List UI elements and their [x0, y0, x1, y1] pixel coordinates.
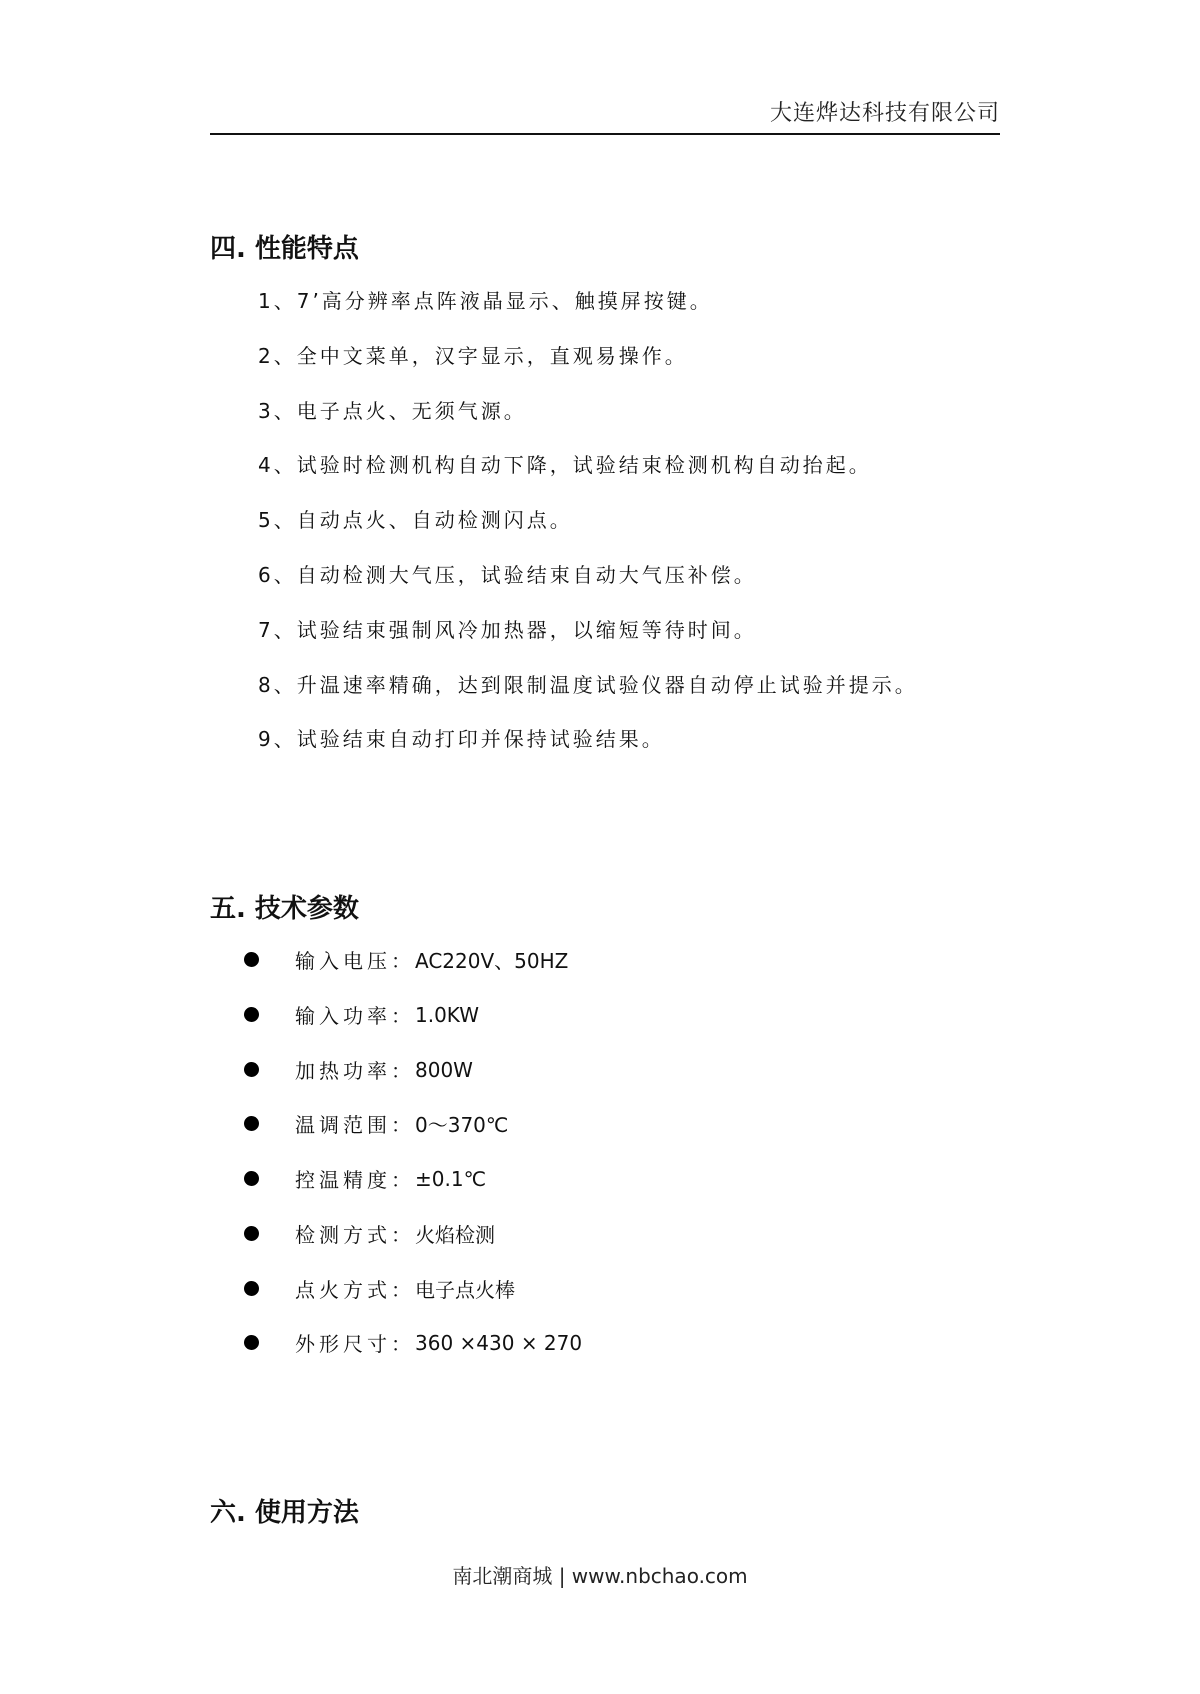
footer-site-link[interactable]: 南北潮商城 | www.nbchao.com — [0, 1560, 1200, 1589]
spec-label: 加热功率： — [295, 1055, 415, 1084]
company-name: 大连烨达科技有限公司 — [770, 96, 1000, 127]
spec-value: 火焰检测 — [415, 1219, 495, 1248]
section-title-usage: 六. 使用方法 — [210, 1492, 359, 1529]
spec-value: 800W — [415, 1058, 473, 1082]
spec-value: ±0.1℃ — [415, 1167, 486, 1191]
feature-item: 5、自动点火、自动检测闪点。 — [258, 504, 573, 533]
section-title-specs: 五. 技术参数 — [210, 888, 359, 925]
bullet-icon — [244, 1335, 259, 1350]
spec-item: 外形尺寸： 360 ×430 × 270 — [244, 1328, 582, 1357]
spec-item: 点火方式： 电子点火棒 — [244, 1274, 515, 1303]
feature-item: 4、试验时检测机构自动下降，试验结束检测机构自动抬起。 — [258, 449, 872, 478]
spec-label: 点火方式： — [295, 1274, 415, 1303]
spec-value: AC220V、50HZ — [415, 945, 568, 974]
spec-item: 加热功率： 800W — [244, 1055, 473, 1084]
feature-item: 9、试验结束自动打印并保持试验结果。 — [258, 723, 665, 752]
header-divider — [210, 133, 1000, 135]
bullet-icon — [244, 1171, 259, 1186]
bullet-icon — [244, 1116, 259, 1131]
spec-item: 输入电压： AC220V、50HZ — [244, 945, 568, 974]
bullet-icon — [244, 1007, 259, 1022]
feature-item: 3、电子点火、无须气源。 — [258, 395, 527, 424]
feature-item: 7、试验结束强制风冷加热器，以缩短等待时间。 — [258, 614, 757, 643]
feature-item: 6、自动检测大气压，试验结束自动大气压补偿。 — [258, 559, 757, 588]
spec-label: 温调范围： — [295, 1109, 415, 1138]
spec-label: 检测方式： — [295, 1219, 415, 1248]
spec-label: 外形尺寸： — [295, 1328, 415, 1357]
bullet-icon — [244, 1281, 259, 1296]
bullet-icon — [244, 1226, 259, 1241]
bullet-icon — [244, 952, 259, 967]
spec-label: 输入功率： — [295, 1000, 415, 1029]
spec-value: 0～370℃ — [415, 1109, 508, 1138]
section-title-features: 四. 性能特点 — [210, 228, 359, 265]
spec-item: 输入功率： 1.0KW — [244, 1000, 479, 1029]
spec-value: 1.0KW — [415, 1003, 479, 1027]
feature-item: 8、升温速率精确，达到限制温度试验仪器自动停止试验并提示。 — [258, 669, 918, 698]
spec-value: 电子点火棒 — [415, 1274, 515, 1303]
spec-item: 检测方式： 火焰检测 — [244, 1219, 495, 1248]
spec-label: 控温精度： — [295, 1164, 415, 1193]
spec-value: 360 ×430 × 270 — [415, 1331, 582, 1355]
feature-item: 2、全中文菜单，汉字显示，直观易操作。 — [258, 340, 688, 369]
spec-item: 温调范围： 0～370℃ — [244, 1109, 508, 1138]
bullet-icon — [244, 1062, 259, 1077]
feature-item: 1、7’高分辨率点阵液晶显示、触摸屏按键。 — [258, 285, 713, 314]
spec-label: 输入电压： — [295, 945, 415, 974]
spec-item: 控温精度： ±0.1℃ — [244, 1164, 486, 1193]
